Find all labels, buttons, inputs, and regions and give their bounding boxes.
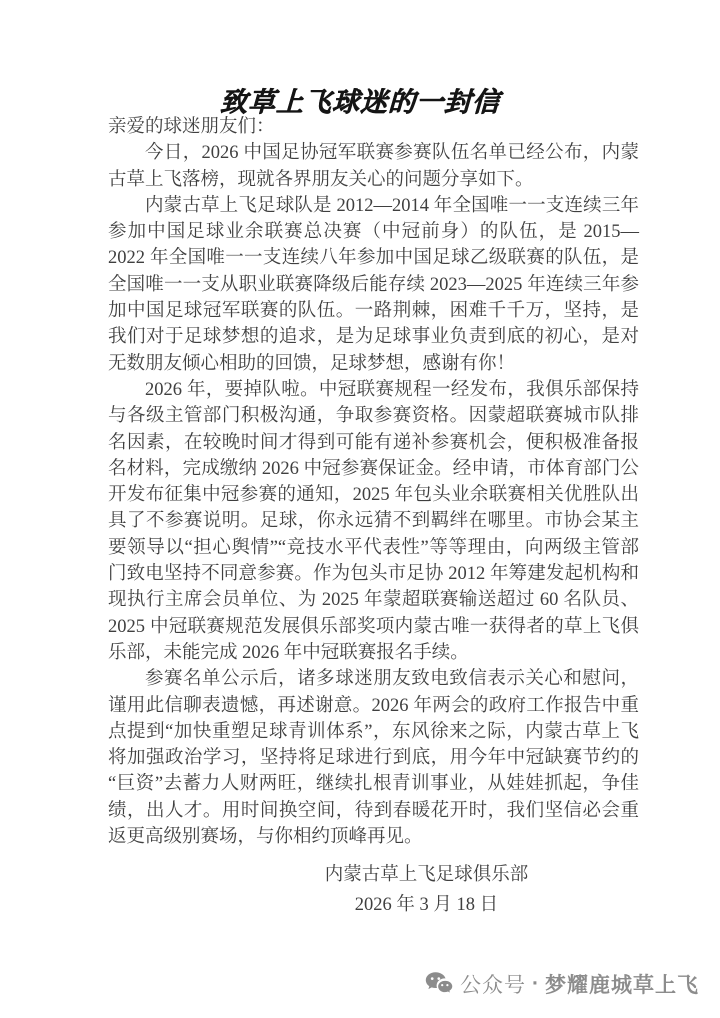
wechat-account-name: 梦耀鹿城草上飞 <box>545 969 699 999</box>
wechat-account-label: 公众号 <box>460 969 526 999</box>
letter-paragraph: 内蒙古草上飞足球队是 2012—2014 年全国唯一一支连续三年参加中国足球业余… <box>108 193 639 377</box>
letter-paragraph: 今日，2026 中国足协冠军联赛参赛队伍名单已经公布，内蒙古草上飞落榜，现就各界… <box>108 140 639 193</box>
separator-dot: · <box>532 972 539 996</box>
letter-paragraph: 参赛名单公示后，诸多球迷朋友致电致信表示关心和慰问，谨用此信聊表遗憾，再述谢意。… <box>108 666 639 850</box>
letter-body: 亲爱的球迷朋友们： 今日，2026 中国足协冠军联赛参赛队伍名单已经公布，内蒙古… <box>108 114 639 920</box>
letter-page: 致草上飞球迷的一封信 亲爱的球迷朋友们： 今日，2026 中国足协冠军联赛参赛队… <box>0 0 720 1018</box>
signature-club-name: 内蒙古草上飞足球俱乐部 <box>108 860 639 890</box>
letter-salutation: 亲爱的球迷朋友们： <box>108 114 639 140</box>
signature-date: 2026 年 3 月 18 日 <box>108 890 639 920</box>
letter-paragraph: 2026 年，要掉队啦。中冠联赛规程一经发布，我俱乐部保持与各级主管部门积极沟通… <box>108 377 639 666</box>
signature-block: 内蒙古草上飞足球俱乐部 2026 年 3 月 18 日 <box>108 860 639 920</box>
wechat-account-watermark: 公众号 · 梦耀鹿城草上飞 <box>425 969 699 999</box>
wechat-icon <box>425 971 453 998</box>
